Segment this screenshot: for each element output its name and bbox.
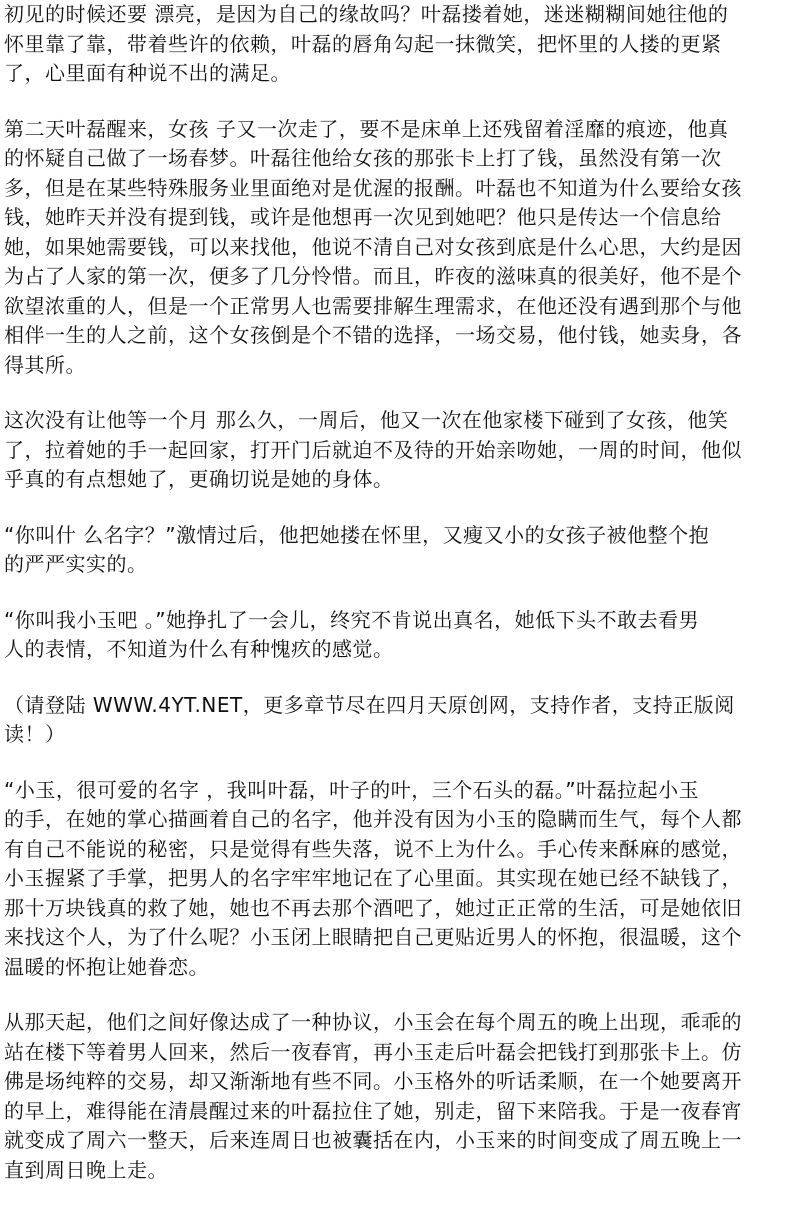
text-line: 钱，她昨天并没有提到钱，或许是他想再一次见到她吧？他只是传达一个信息给 [4,203,800,233]
text-line: 从那天起，他们之间好像达成了一种协议，小玉会在每个周五的晚上出现，乖乖的 [4,1008,800,1038]
paragraph-4: “你叫什 么名字？”激情过后，他把她搂在怀里，又瘦又小的女孩子被他整个抱 的严严… [4,521,800,580]
text-line: “小玉，很可爱的名字 ，我叫叶磊，叶子的叶，三个石头的磊。”叶磊拉起小玉 [4,776,800,806]
text-line: “你叫什 么名字？”激情过后，他把她搂在怀里，又瘦又小的女孩子被他整个抱 [4,521,800,551]
text-line: 这次没有让他等一个月 那么久，一周后，他又一次在他家楼下碰到了女孩，他笑 [4,406,800,436]
text-line: 乎真的有点想她了，更确切说是她的身体。 [4,465,800,495]
paragraph-8: 从那天起，他们之间好像达成了一种协议，小玉会在每个周五的晚上出现，乖乖的 站在楼… [4,1008,800,1185]
text-line: 的早上，难得能在清晨醒过来的叶磊拉住了她，别走，留下来陪我。于是一夜春宵 [4,1097,800,1127]
text-line: 直到周日晚上走。 [4,1156,800,1186]
text-line: 的怀疑自己做了一场春梦。叶磊往他给女孩的那张卡上打了钱，虽然没有第一次 [4,144,800,174]
paragraph-5: “你叫我小玉吧 。”她挣扎了一会儿，终究不肯说出真名，她低下头不敢去看男 人的表… [4,606,800,665]
paragraph-gap [4,89,800,115]
paragraph-gap [4,495,800,521]
paragraph-gap [4,982,800,1008]
text-line: 了，心里面有种说不出的满足。 [4,59,800,89]
text-line: 欲望浓重的人，但是一个正常男人也需要排解生理需求，在他还没有遇到那个与他 [4,292,800,322]
paragraph-3: 这次没有让他等一个月 那么久，一周后，他又一次在他家楼下碰到了女孩，他笑 了，拉… [4,406,800,495]
text-line: （请登陆 WWW.4YT.NET，更多章节尽在四月天原创网，支持作者，支持正版阅 [4,691,800,721]
text-line: 怀里靠了靠，带着些许的依赖，叶磊的唇角勾起一抹微笑，把怀里的人搂的更紧 [4,30,800,60]
text-line: 的严严实实的。 [4,550,800,580]
text-line: 温暖的怀抱让她眷恋。 [4,953,800,983]
text-line: 就变成了周六一整天，后来连周日也被囊括在内，小玉来的时间变成了周五晚上一 [4,1126,800,1156]
document-page: 初见的时候还要 漂亮，是因为自己的缘故吗？叶磊搂着她，迷迷糊糊间她往他的 怀里靠… [4,0,800,1185]
paragraph-6-source-notice: （请登陆 WWW.4YT.NET，更多章节尽在四月天原创网，支持作者，支持正版阅… [4,691,800,750]
text-line: 人的表情，不知道为什么有种愧疚的感觉。 [4,635,800,665]
text-line: 多，但是在某些特殊服务业里面绝对是优渥的报酬。叶磊也不知道为什么要给女孩 [4,174,800,204]
paragraph-gap [4,580,800,606]
text-line: 小玉握紧了手掌，把男人的名字牢牢地记在了心里面。其实现在她已经不缺钱了， [4,864,800,894]
paragraph-gap [4,380,800,406]
text-line: 了，拉着她的手一起回家，打开门后就迫不及待的开始亲吻她，一周的时间，他似 [4,436,800,466]
text-line: 的手，在她的掌心描画着自己的名字，他并没有因为小玉的隐瞒而生气，每个人都 [4,805,800,835]
paragraph-7: “小玉，很可爱的名字 ，我叫叶磊，叶子的叶，三个石头的磊。”叶磊拉起小玉 的手，… [4,776,800,983]
text-line: 得其所。 [4,351,800,381]
text-line: 读！） [4,720,800,750]
text-line: 为占了人家的第一次，便多了几分怜惜。而且，昨夜的滋味真的很美好，他不是个 [4,262,800,292]
text-line: 来找这个人，为了什么呢？小玉闭上眼睛把自己更贴近男人的怀抱，很温暖，这个 [4,923,800,953]
paragraph-1: 初见的时候还要 漂亮，是因为自己的缘故吗？叶磊搂着她，迷迷糊糊间她往他的 怀里靠… [4,0,800,89]
text-line: 有自己不能说的秘密，只是觉得有些失落，说不上为什么。手心传来酥麻的感觉， [4,835,800,865]
text-line: 初见的时候还要 漂亮，是因为自己的缘故吗？叶磊搂着她，迷迷糊糊间她往他的 [4,0,800,30]
paragraph-gap [4,665,800,691]
text-line: 佛是场纯粹的交易，却又渐渐地有些不同。小玉格外的听话柔顺，在一个她要离开 [4,1067,800,1097]
text-line: 那十万块钱真的救了她，她也不再去那个酒吧了，她过正正常的生活，可是她依旧 [4,894,800,924]
text-line: 相伴一生的人之前，这个女孩倒是个不错的选择，一场交易，他付钱，她卖身，各 [4,321,800,351]
paragraph-gap [4,750,800,776]
text-line: “你叫我小玉吧 。”她挣扎了一会儿，终究不肯说出真名，她低下头不敢去看男 [4,606,800,636]
paragraph-2: 第二天叶磊醒来，女孩 子又一次走了，要不是床单上还残留着淫靡的痕迹，他真 的怀疑… [4,115,800,381]
text-line: 站在楼下等着男人回来，然后一夜春宵，再小玉走后叶磊会把钱打到那张卡上。仿 [4,1038,800,1068]
text-line: 第二天叶磊醒来，女孩 子又一次走了，要不是床单上还残留着淫靡的痕迹，他真 [4,115,800,145]
text-line: 她，如果她需要钱，可以来找他，他说不清自己对女孩到底是什么心思，大约是因 [4,233,800,263]
